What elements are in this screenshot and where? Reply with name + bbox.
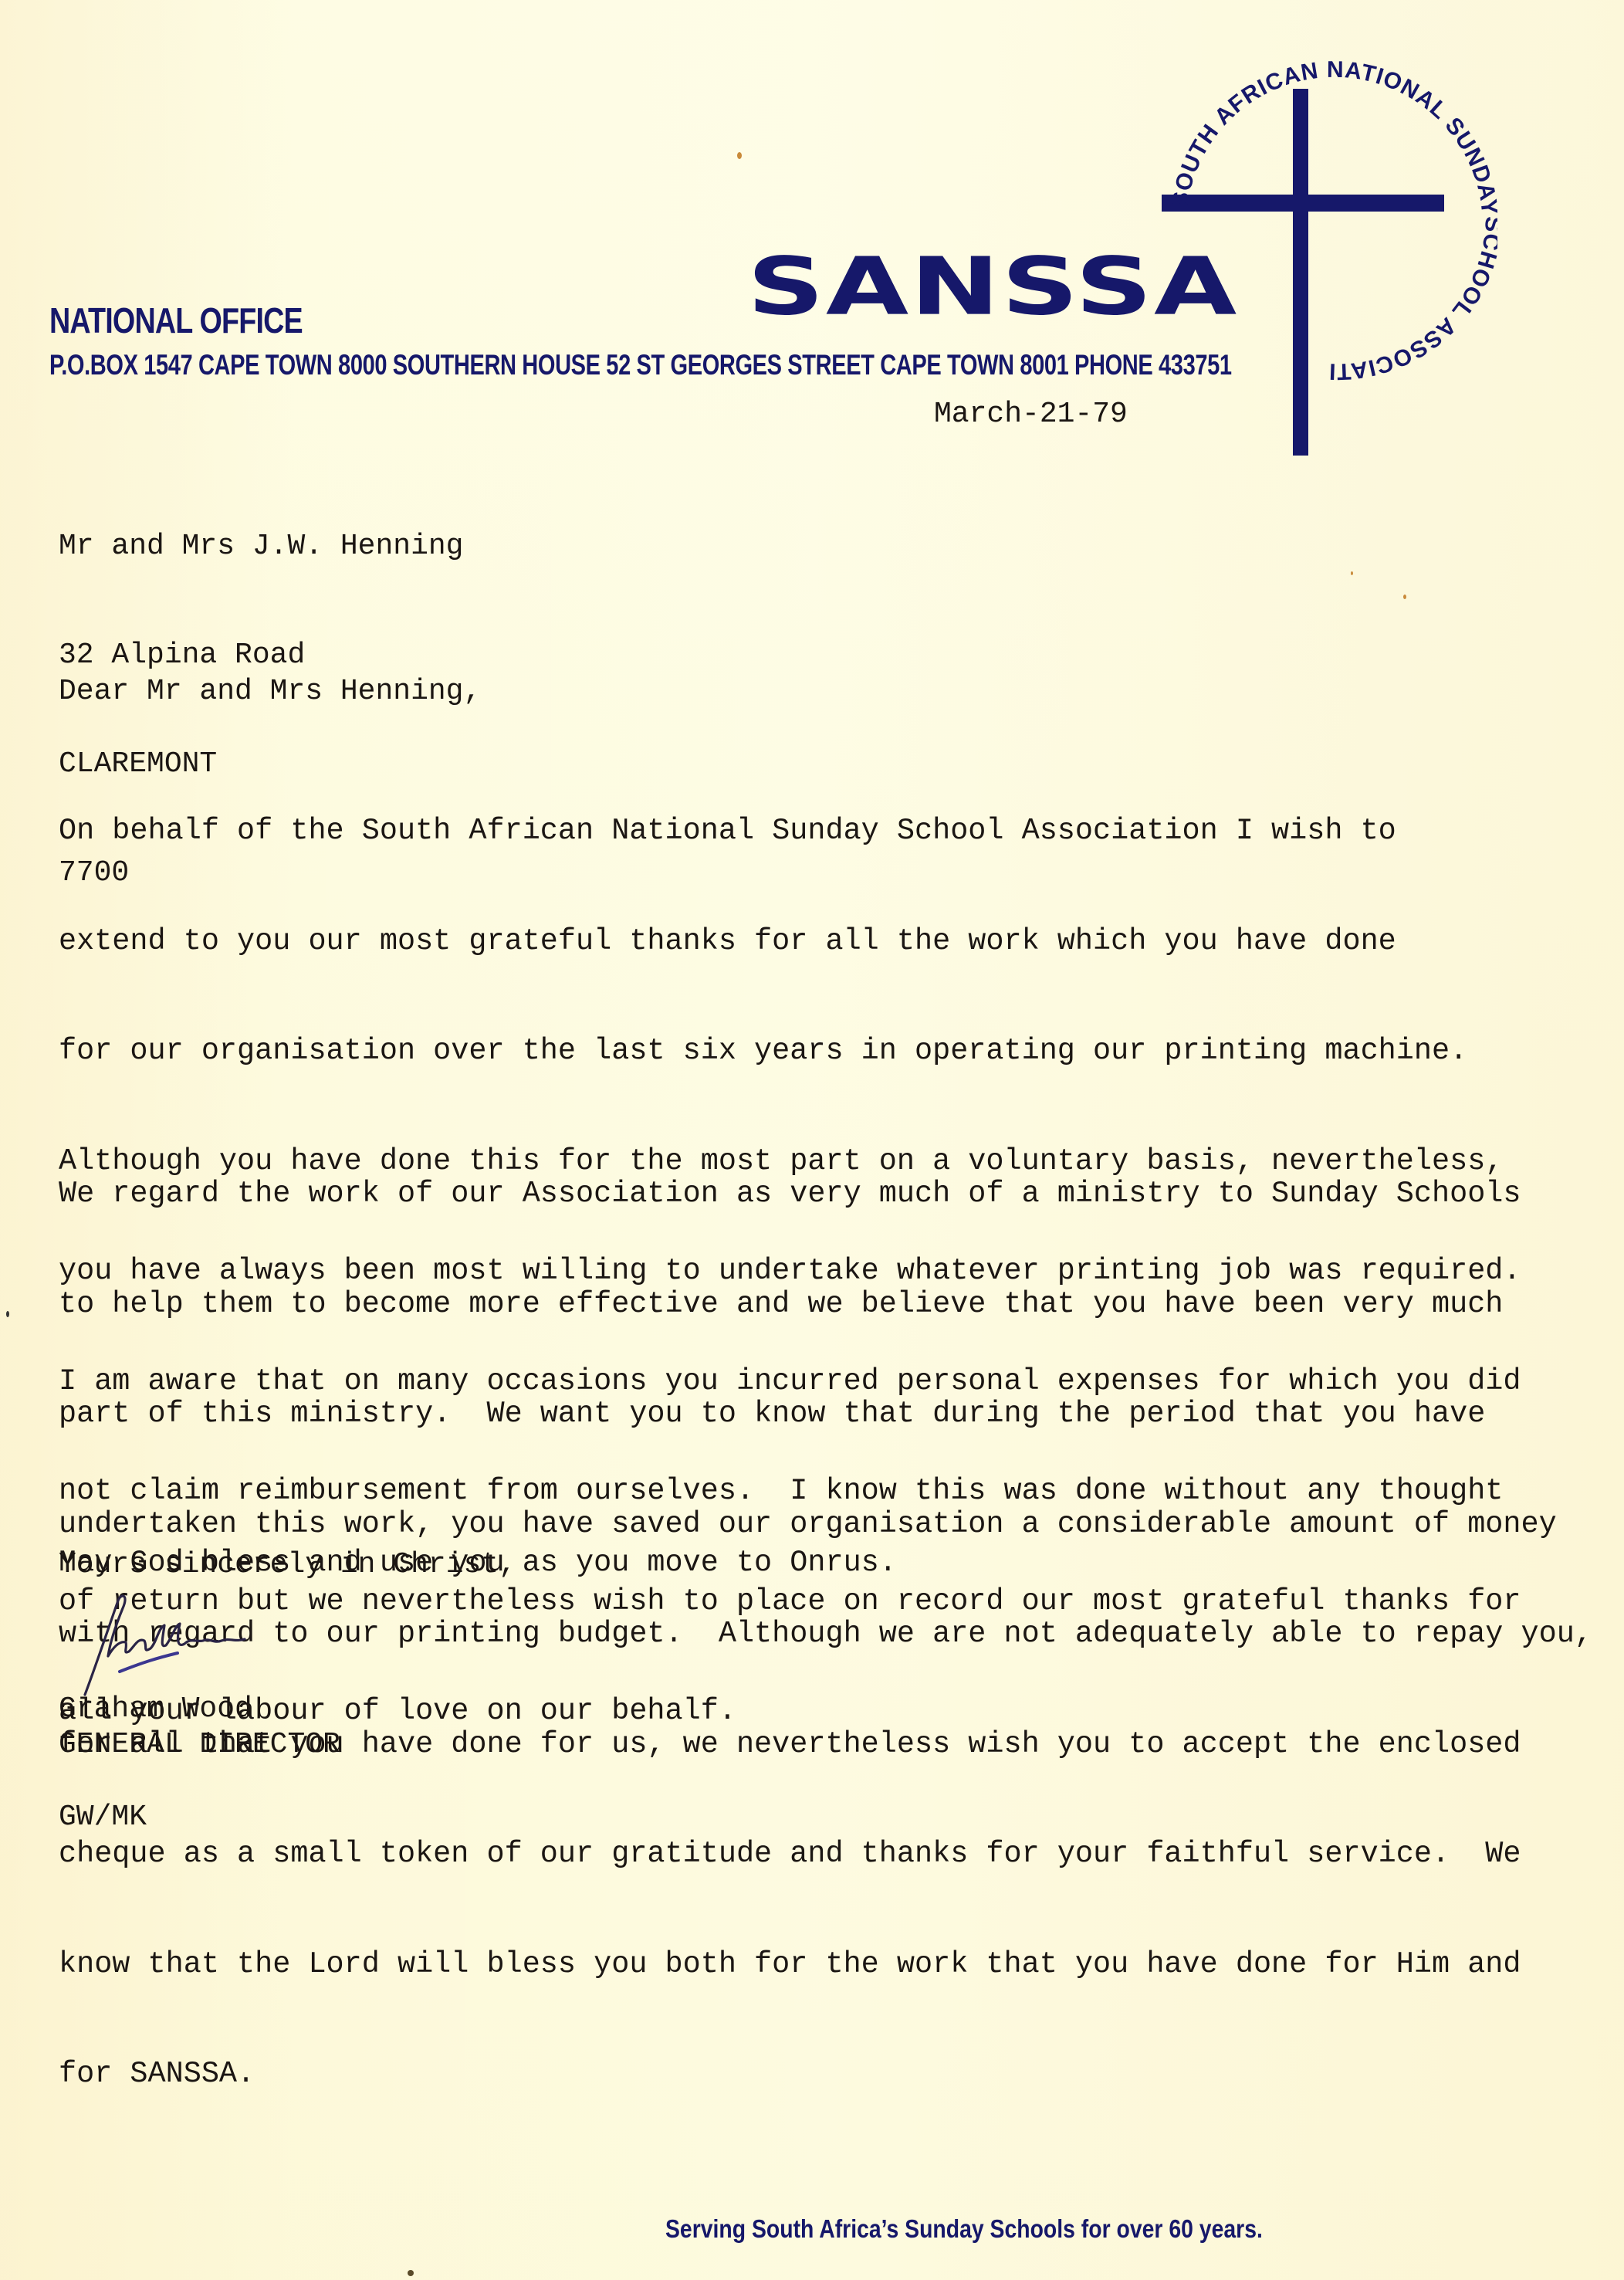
body-line: with regard to our printing budget. Alth… (59, 1616, 1592, 1653)
salutation: Dear Mr and Mrs Henning, (59, 673, 481, 710)
body-line: extend to you our most grateful thanks f… (59, 923, 1521, 960)
paper-speck (6, 1311, 9, 1317)
paper-speck (1403, 595, 1406, 599)
recipient-line: Mr and Mrs J.W. Henning (59, 528, 464, 564)
office-label: NATIONAL OFFICE (49, 300, 303, 341)
body-line: part of this ministry. We want you to kn… (59, 1396, 1592, 1433)
signer-name: Graham Wood (59, 1691, 252, 1727)
paper-speck (737, 152, 742, 159)
closing: Yours sincerely in Christ, (59, 1547, 516, 1583)
body-line: We regard the work of our Association as… (59, 1176, 1592, 1213)
letterhead-address: P.O.BOX 1547 CAPE TOWN 8000 SOUTHERN HOU… (49, 349, 1232, 381)
cross-vertical-bar (1293, 89, 1308, 456)
reference-initials: GW/MK (59, 1799, 147, 1835)
signer-title: GENERAL DIRECTOR (59, 1726, 340, 1763)
body-line: On behalf of the South African National … (59, 813, 1521, 850)
signature-icon (73, 1587, 282, 1702)
body-line: for SANSSA. (59, 2056, 1592, 2093)
footer-slogan: Serving South Africa’s Sunday Schools fo… (665, 2214, 1263, 2244)
cross-horizontal-bar (1162, 195, 1444, 212)
cross-emblem-icon: SOUTH AFRICAN NATIONAL SUNDAY SCHOOL ASS… (1127, 23, 1497, 456)
emblem-ring-text-top: SOUTH AFRICAN NATIONAL SUNDAY (1167, 57, 1497, 217)
body-line: know that the Lord will bless you both f… (59, 1946, 1592, 1984)
svg-text:SOUTH AFRICAN NATIONAL SUNDAY: SOUTH AFRICAN NATIONAL SUNDAY (1167, 57, 1497, 217)
body-line: cheque as a small token of our gratitude… (59, 1836, 1592, 1873)
letter-date: March-21-79 (934, 398, 1128, 431)
body-line: for our organisation over the last six y… (59, 1033, 1521, 1070)
paper-speck (1351, 571, 1353, 575)
body-line: to help them to become more effective an… (59, 1286, 1592, 1323)
paper-speck (408, 2270, 414, 2276)
recipient-line: 32 Alpina Road (59, 637, 464, 673)
